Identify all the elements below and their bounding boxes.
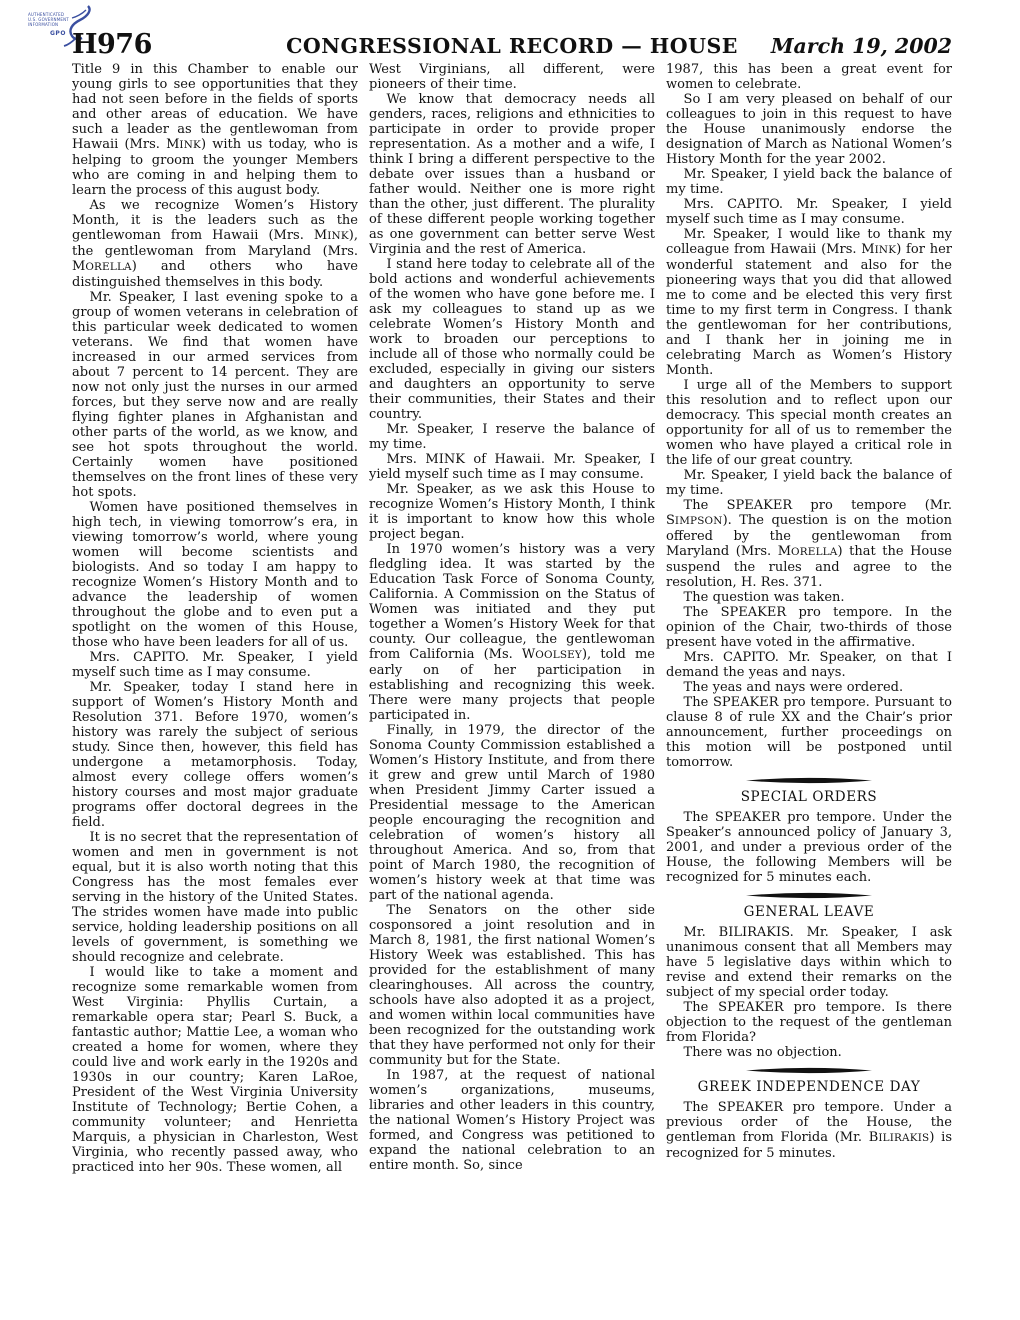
paragraph: Mr. Speaker, today I stand here in suppo…	[72, 680, 358, 830]
paragraph: West Virginians, all different, were pio…	[369, 62, 655, 92]
paragraph: In 1987, at the request of national wome…	[369, 1068, 655, 1173]
section-divider	[666, 777, 952, 784]
issue-date: March 19, 2002	[771, 34, 952, 58]
paragraph: The SPEAKER pro tempore. Is there object…	[666, 1000, 952, 1045]
section-divider	[666, 1067, 952, 1074]
paragraph: The SPEAKER pro tempore (Mr. SIMPSON). T…	[666, 498, 952, 590]
paragraph: Mr. Speaker, I last evening spoke to a g…	[72, 290, 358, 500]
paragraph: Women have positioned themselves in high…	[72, 500, 358, 650]
gpo-label: GPO	[50, 30, 66, 37]
paragraph: Mrs. CAPITO. Mr. Speaker, on that I dema…	[666, 650, 952, 680]
lens-divider-icon	[746, 777, 872, 784]
paragraph: The SPEAKER pro tempore. Pursuant to cla…	[666, 695, 952, 770]
paragraph: I urge all of the Members to support thi…	[666, 378, 952, 468]
text-column-3: 1987, this has been a great event for wo…	[666, 62, 952, 1320]
text-column-1: Title 9 in this Chamber to enable our yo…	[72, 62, 358, 1320]
paragraph: Mr. Speaker, I reserve the balance of my…	[369, 422, 655, 452]
section-heading: SPECIAL ORDERS	[666, 789, 952, 805]
paragraph: Mr. BILIRAKIS. Mr. Speaker, I ask unanim…	[666, 925, 952, 1000]
paragraph: Mrs. MINK of Hawaii. Mr. Speaker, I yiel…	[369, 452, 655, 482]
section-heading: GREEK INDEPENDENCE DAY	[666, 1079, 952, 1095]
paragraph: The SPEAKER pro tempore. Under the Speak…	[666, 810, 952, 885]
paragraph: As we recognize Women’s History Month, i…	[72, 198, 358, 290]
paragraph: It is no secret that the representation …	[72, 830, 358, 965]
congressional-record-page: AUTHENTICATED U.S. GOVERNMENT INFORMATIO…	[0, 0, 1020, 1320]
paragraph: The question was taken.	[666, 590, 952, 605]
paragraph: Mr. Speaker, I would like to thank my co…	[666, 227, 952, 378]
paragraph: 1987, this has been a great event for wo…	[666, 62, 952, 92]
paragraph: I would like to take a moment and recogn…	[72, 965, 358, 1175]
paragraph: Mrs. CAPITO. Mr. Speaker, I yield myself…	[72, 650, 358, 680]
section-heading: GENERAL LEAVE	[666, 904, 952, 920]
lens-divider-icon	[746, 1067, 872, 1074]
section-divider	[666, 892, 952, 899]
paragraph: In 1970 women’s history was a very fledg…	[369, 542, 655, 723]
paragraph: We know that democracy needs all genders…	[369, 92, 655, 257]
paragraph: Mr. Speaker, as we ask this House to rec…	[369, 482, 655, 542]
paragraph: Mr. Speaker, I yield back the balance of…	[666, 167, 952, 197]
page-header: H976 CONGRESSIONAL RECORD — HOUSE March …	[72, 26, 952, 60]
paragraph: So I am very pleased on behalf of our co…	[666, 92, 952, 167]
paragraph: Finally, in 1979, the director of the So…	[369, 723, 655, 903]
text-column-2: West Virginians, all different, were pio…	[369, 62, 655, 1320]
paragraph: Mrs. CAPITO. Mr. Speaker, I yield myself…	[666, 197, 952, 227]
paragraph: The SPEAKER pro tempore. In the opinion …	[666, 605, 952, 650]
paragraph: I stand here today to celebrate all of t…	[369, 257, 655, 422]
paragraph: The yeas and nays were ordered.	[666, 680, 952, 695]
paragraph: The SPEAKER pro tempore. Under a previou…	[666, 1100, 952, 1161]
paragraph: Title 9 in this Chamber to enable our yo…	[72, 62, 358, 198]
paragraph: Mr. Speaker, I yield back the balance of…	[666, 468, 952, 498]
paragraph: The Senators on the other side cosponsor…	[369, 903, 655, 1068]
paragraph: There was no objection.	[666, 1045, 952, 1060]
lens-divider-icon	[746, 892, 872, 899]
text-columns: Title 9 in this Chamber to enable our yo…	[72, 62, 952, 1320]
